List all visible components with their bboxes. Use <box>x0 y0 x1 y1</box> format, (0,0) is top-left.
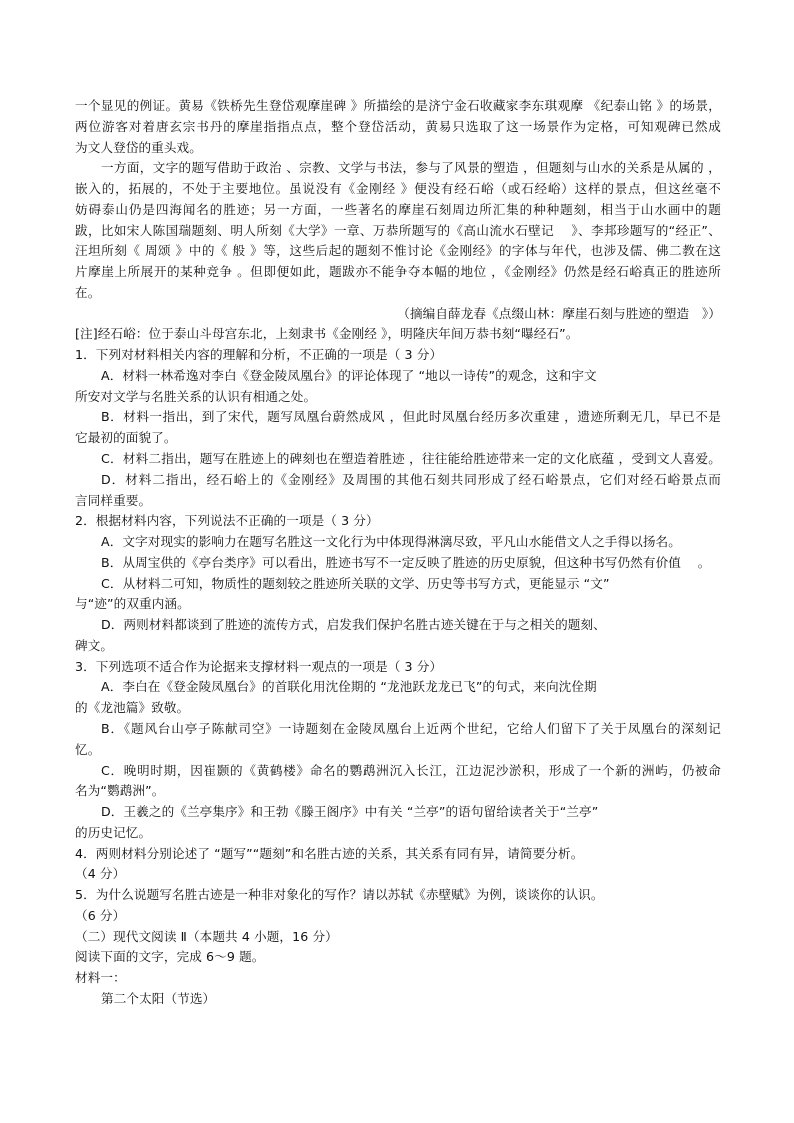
document-page: 一个显见的例证。黄易《铁桥先生登岱观摩崖碑 》所描绘的是济宁金石收藏家李东琪观摩… <box>75 96 721 1010</box>
paragraph-line: 嵌入的，拓展的，不处于主要地位。虽说没有《金刚经 》便没有经石峪（或石经峪）这样… <box>75 179 721 200</box>
citation: （摘编自薛龙春《点缀山林：摩崖石刻与胜迹的塑造 》） <box>75 304 721 325</box>
option-c: C．从材料二可知，物质性的题刻较之胜迹所关联的文学、历史等书写方式，更能显示 “… <box>75 574 721 595</box>
option-c: C．晚明时期，因崔颢的《黄鹤楼》命名的鹦鹉洲沉入长江，江边泥沙淤积，形成了一个新… <box>75 761 721 782</box>
paragraph-line: 跋，比如宋人陈国瑞题刻、明人所刻《大学》一章、万恭所题写的《高山流水石壁记 》、… <box>75 221 721 242</box>
footnote: [注]经石峪：位于泰山斗母宫东北，上刻隶书《金刚经 》，明隆庆年间万恭书刻“曝经… <box>75 324 721 345</box>
paragraph-line: 一方面，文字的题写借助于政治 、宗教、文学与书法，参与了风景的塑造 ，但题刻与山… <box>75 158 721 179</box>
option-d-cont: 碑文。 <box>75 636 721 657</box>
paragraph-line: 在。 <box>75 283 721 304</box>
option-b: B．《题风台山亭子陈献司空》一诗题刻在金陵凤凰台上近两个世纪，它给人们留下了关于… <box>75 719 721 740</box>
option-b-cont: 它最初的面貌了。 <box>75 428 721 449</box>
question-score: （6 分） <box>75 906 721 927</box>
option-d: D．材料二指出，经石峪上的《金刚经》及周围的其他石刻共同形成了经石峪景点，它们对… <box>75 470 721 491</box>
option-b: B．从周宝供的《亭台类序》可以看出，胜迹书写不一定反映了胜迹的历史原貌，但这种书… <box>75 553 721 574</box>
paragraph-line: 为文人登岱的重头戏。 <box>75 138 721 159</box>
option-d: D．两则材料都谈到了胜迹的流传方式，启发我们保护名胜古迹关键在于与之相关的题刻、 <box>75 615 721 636</box>
option-b-cont: 忆。 <box>75 740 721 761</box>
option-a-cont: 的《龙池篇》致敬。 <box>75 698 721 719</box>
question-stem: 4．两则材料分别论述了 “题写”“题刻”和名胜古迹的关系，其关系有同有异，请简要… <box>75 844 721 865</box>
material-label: 材料一： <box>75 968 721 989</box>
option-d-cont: 的历史记忆。 <box>75 823 721 844</box>
option-a: A．文字对现实的影响力在题写名胜这一文化行为中体现得淋漓尽致，平凡山水能借文人之… <box>75 532 721 553</box>
option-a: A．李白在《登金陵凤凰台》的首联化用沈佺期的 “龙池跃龙龙已飞”的句式，来向沈佺… <box>75 677 721 698</box>
question-stem: 5．为什么说题写名胜古迹是一种非对象化的写作？请以苏轼《赤壁赋》为例，谈谈你的认… <box>75 885 721 906</box>
option-d: D．王羲之的《兰亭集序》和王勃《滕王阁序》中有关 “兰亭”的语句留给读者关于“兰… <box>75 802 721 823</box>
option-d-cont: 言同样重要。 <box>75 491 721 512</box>
option-c-cont: 名为“鹦鹉洲”。 <box>75 781 721 802</box>
question-score: （4 分） <box>75 864 721 885</box>
option-c: C．材料二指出，题写在胜迹上的碑刻也在塑造着胜迹 ，往往能给胜迹带来一定的文化底… <box>75 449 721 470</box>
paragraph-line: 两位游客对着唐玄宗书丹的摩崖指指点点，整个登岱活动，黄易只选取了这一场景作为定格… <box>75 117 721 138</box>
paragraph-line: 妨碍泰山仍是四海闻名的胜迹；另一方面，一些著名的摩崖石刻周边所汇集的种种题刻，相… <box>75 200 721 221</box>
question-stem: 1．下列对材料相关内容的理解和分析，不正确的一项是（ 3 分） <box>75 345 721 366</box>
option-c-cont: 与“迹”的双重内涵。 <box>75 594 721 615</box>
paragraph-line: 汪坦所刻《 周颂 》中的《 般 》等，这些后起的题刻不惟讨论《金刚经》的字体与年… <box>75 241 721 262</box>
paragraph-line: 一个显见的例证。黄易《铁桥先生登岱观摩崖碑 》所描绘的是济宁金石收藏家李东琪观摩… <box>75 96 721 117</box>
section-instruction: 阅读下面的文字，完成 6～9 题。 <box>75 947 721 968</box>
section-heading: （二）现代文阅读 Ⅱ（本题共 4 小题，16 分） <box>75 927 721 948</box>
option-b: B．材料一指出，到了宋代，题写凤凰台蔚然成风 ，但此时凤凰台经历多次重建 ，遗迹… <box>75 407 721 428</box>
question-stem: 2．根据材料内容，下列说法不正确的一项是（ 3 分） <box>75 511 721 532</box>
material-title: 第二个太阳（节选） <box>75 989 721 1010</box>
question-stem: 3．下列选项不适合作为论据来支撑材料一观点的一项是（ 3 分） <box>75 657 721 678</box>
option-a-cont: 所安对文学与名胜关系的认识有相通之处。 <box>75 387 721 408</box>
option-a: A．材料一林希逸对李白《登金陵凤凰台》的评论体现了 “地以一诗传”的观念，这和宇… <box>75 366 721 387</box>
paragraph-line: 片摩崖上所展开的某种竞争 。但即便如此，题跋亦不能争夺本幅的地位 ，《金刚经》仍… <box>75 262 721 283</box>
